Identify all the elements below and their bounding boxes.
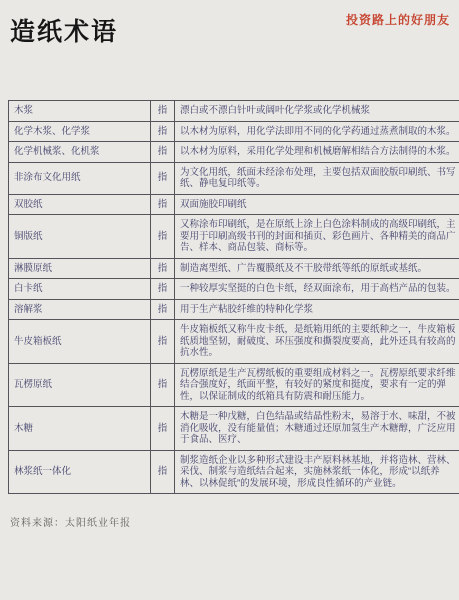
watermark-text: 投资路上的好朋友 [346,11,450,28]
definition-cell: 用于生产粘胶纤维的特种化学浆 [175,299,459,320]
term-cell: 木浆 [9,101,151,122]
term-cell: 溶解浆 [9,299,151,320]
definition-cell: 以木材为原料，用化学法即用不同的化学药通过蒸煮制取的木浆。 [175,121,459,142]
table-row: 淋膜原纸指制造离型纸、广告覆膜纸及不干胶带纸等纸的原纸或基纸。 [9,258,459,279]
term-cell: 瓦楞原纸 [9,363,151,407]
table-row: 瓦楞原纸指瓦楞原纸是生产瓦楞纸板的重要组成材料之一。瓦楞原纸要求纤维结合强度好，… [9,363,459,407]
definition-cell: 又称涂布印刷纸，是在原纸上涂上白色涂料制成的高级印刷纸，主要用于印刷高级书刊的封… [175,215,459,259]
definition-cell: 双面施胶印刷纸 [175,194,459,215]
indicator-cell: 指 [151,363,175,407]
definition-cell: 制造离型纸、广告覆膜纸及不干胶带纸等纸的原纸或基纸。 [175,258,459,279]
table-row: 林浆纸一体化指制浆造纸企业以多种形式建设丰产原料林基地，并将造林、营林、采伐、制… [9,450,459,494]
indicator-cell: 指 [151,142,175,163]
term-cell: 白卡纸 [9,279,151,300]
table-row: 牛皮箱板纸指牛皮箱板纸又称牛皮卡纸，是纸箱用纸的主要纸种之一，牛皮箱板纸质地坚韧… [9,320,459,364]
table-row: 木糖指木糖是一种戊糖，白色结晶或结晶性粉末，易溶于水、味甜，不被消化吸收，没有能… [9,407,459,451]
term-cell: 林浆纸一体化 [9,450,151,494]
term-cell: 淋膜原纸 [9,258,151,279]
terms-table-body: 木浆指漂白或不漂白针叶或阔叶化学浆或化学机械浆化学木浆、化学浆指以木材为原料，用… [9,101,459,494]
table-row: 非涂布文化用纸指为文化用纸，纸面未经涂布处理，主要包括双面胶版印刷纸、书写纸、静… [9,162,459,194]
table-row: 木浆指漂白或不漂白针叶或阔叶化学浆或化学机械浆 [9,101,459,122]
indicator-cell: 指 [151,258,175,279]
term-cell: 铜版纸 [9,215,151,259]
indicator-cell: 指 [151,299,175,320]
indicator-cell: 指 [151,320,175,364]
indicator-cell: 指 [151,450,175,494]
indicator-cell: 指 [151,194,175,215]
indicator-cell: 指 [151,101,175,122]
table-row: 双胶纸指双面施胶印刷纸 [9,194,459,215]
definition-cell: 瓦楞原纸是生产瓦楞纸板的重要组成材料之一。瓦楞原纸要求纤维结合强度好，纸面平整，… [175,363,459,407]
indicator-cell: 指 [151,162,175,194]
definition-cell: 一种较厚实坚挺的白色卡纸，经双面涂布，用于高档产品的包装。 [175,279,459,300]
term-cell: 化学机械浆、化机浆 [9,142,151,163]
table-row: 溶解浆指用于生产粘胶纤维的特种化学浆 [9,299,459,320]
terms-table: 木浆指漂白或不漂白针叶或阔叶化学浆或化学机械浆化学木浆、化学浆指以木材为原料，用… [8,100,459,494]
definition-cell: 制浆造纸企业以多种形式建设丰产原料林基地，并将造林、营林、采伐、制浆与造纸结合起… [175,450,459,494]
table-row: 铜版纸指又称涂布印刷纸，是在原纸上涂上白色涂料制成的高级印刷纸，主要用于印刷高级… [9,215,459,259]
term-cell: 木糖 [9,407,151,451]
definition-cell: 木糖是一种戊糖，白色结晶或结晶性粉末，易溶于水、味甜，不被消化吸收，没有能量值；… [175,407,459,451]
table-row: 化学木浆、化学浆指以木材为原料，用化学法即用不同的化学药通过蒸煮制取的木浆。 [9,121,459,142]
indicator-cell: 指 [151,407,175,451]
term-cell: 双胶纸 [9,194,151,215]
definition-cell: 为文化用纸，纸面未经涂布处理，主要包括双面胶版印刷纸、书写纸、静电复印纸等。 [175,162,459,194]
indicator-cell: 指 [151,279,175,300]
term-cell: 非涂布文化用纸 [9,162,151,194]
page-title: 造纸术语 [10,12,118,48]
source-note: 资料来源：太阳纸业年报 [10,514,131,529]
term-cell: 化学木浆、化学浆 [9,121,151,142]
definition-cell: 牛皮箱板纸又称牛皮卡纸，是纸箱用纸的主要纸种之一，牛皮箱板纸质地坚韧，耐破度、环… [175,320,459,364]
term-cell: 牛皮箱板纸 [9,320,151,364]
definition-cell: 漂白或不漂白针叶或阔叶化学浆或化学机械浆 [175,101,459,122]
indicator-cell: 指 [151,215,175,259]
table-row: 化学机械浆、化机浆指以木材为原料，采用化学处理和机械磨解相结合方法制得的木浆。 [9,142,459,163]
table-row: 白卡纸指一种较厚实坚挺的白色卡纸，经双面涂布，用于高档产品的包装。 [9,279,459,300]
definition-cell: 以木材为原料，采用化学处理和机械磨解相结合方法制得的木浆。 [175,142,459,163]
indicator-cell: 指 [151,121,175,142]
